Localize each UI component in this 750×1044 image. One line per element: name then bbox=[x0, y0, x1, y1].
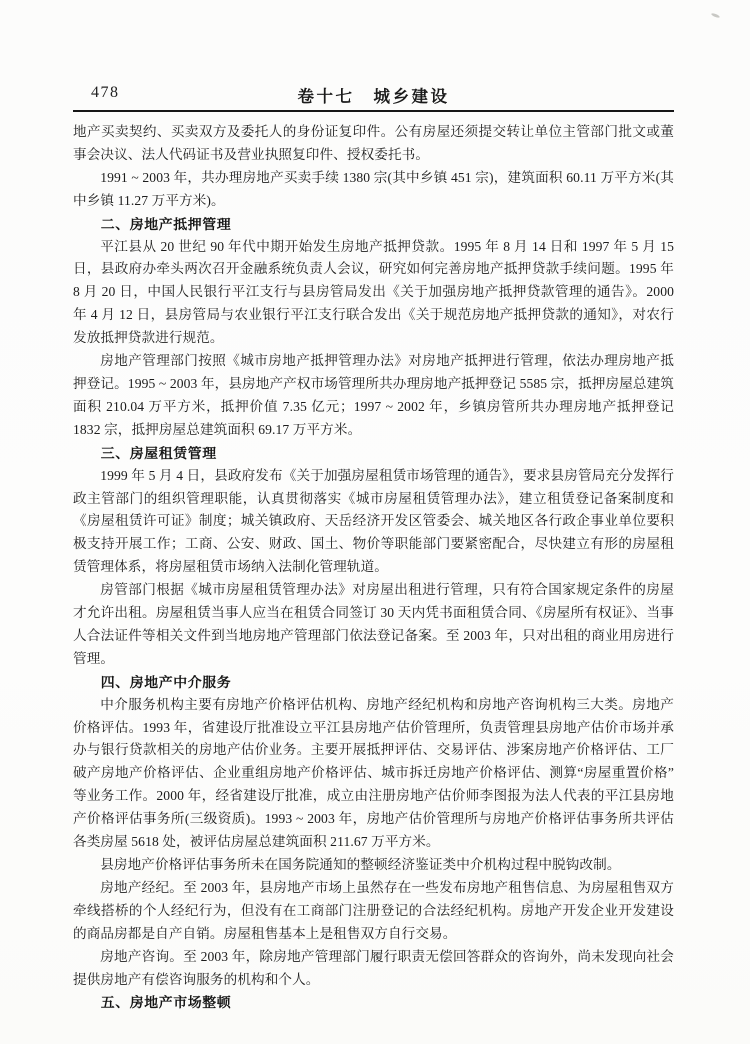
paragraph: 县房地产价格评估事务所未在国务院通知的整顿经济鉴证类中介机构过程中脱钩改制。 bbox=[73, 854, 674, 877]
paragraph: 1991 ~ 2003 年，共办理房地产买卖手续 1380 宗(其中乡镇 451… bbox=[73, 167, 674, 213]
scan-speck bbox=[711, 12, 720, 18]
paragraph: 房地产管理部门按照《城市房地产抵押管理办法》对房地产抵押进行管理，依法办理房地产… bbox=[73, 350, 674, 442]
paragraph: 房地产经纪。至 2003 年，县房地产市场上虽然存在一些发布房地产租售信息、为房… bbox=[73, 877, 674, 946]
paragraph: 地产买卖契约、买卖双方及委托人的身份证复印件。公有房屋还须提交转让单位主管部门批… bbox=[73, 121, 674, 167]
running-title: 卷十七 城乡建设 bbox=[73, 83, 674, 107]
scan-speck bbox=[529, 899, 534, 903]
paragraph: 中介服务机构主要有房地产价格评估机构、房地产经纪机构和房地产咨询机构三大类。房地… bbox=[73, 694, 674, 854]
section-heading: 五、房地产市场整顿 bbox=[73, 991, 674, 1014]
paragraph: 平江县从 20 世纪 90 年代中期开始发生房地产抵押贷款。1995 年 8 月… bbox=[73, 236, 674, 351]
header-rule bbox=[73, 110, 674, 112]
page-body: 地产买卖契约、买卖双方及委托人的身份证复印件。公有房屋还须提交转让单位主管部门批… bbox=[73, 121, 674, 1014]
paragraph: 房管部门根据《城市房屋租赁管理办法》对房屋出租进行管理，只有符合国家规定条件的房… bbox=[73, 579, 674, 671]
paragraph: 1999 年 5 月 4 日，县政府发布《关于加强房屋租赁市场管理的通告》，要求… bbox=[73, 465, 674, 580]
section-heading: 三、房屋租赁管理 bbox=[73, 442, 674, 465]
scanned-book-page: 478 卷十七 城乡建设 地产买卖契约、买卖双方及委托人的身份证复印件。公有房屋… bbox=[0, 0, 750, 1044]
section-heading: 二、房地产抵押管理 bbox=[73, 213, 674, 236]
section-heading: 四、房地产中介服务 bbox=[73, 671, 674, 694]
paragraph: 房地产咨询。至 2003 年，除房地产管理部门履行职责无偿回答群众的咨询外，尚未… bbox=[73, 946, 674, 992]
